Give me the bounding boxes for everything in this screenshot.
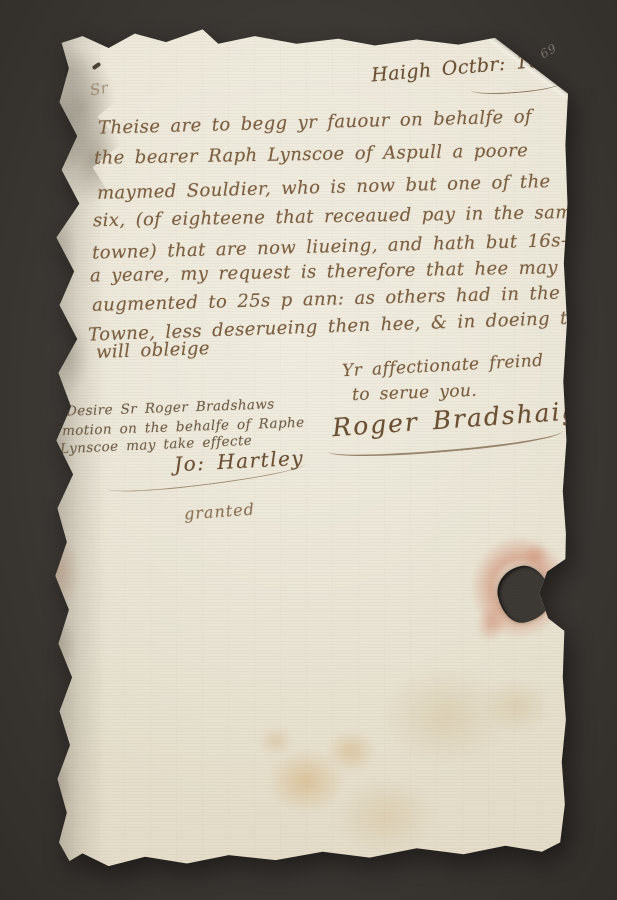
closing-line: Yr affectionate freind bbox=[342, 351, 544, 382]
body-line: Theise are to begg yr fauour on behalfe … bbox=[98, 106, 532, 138]
body-line: six, (of eighteene that receaued pay in … bbox=[93, 202, 584, 232]
manuscript-paper-wrap: Haigh Octbr: 1677 Sr Theise are to begg … bbox=[46, 26, 568, 872]
body-line: will obleige bbox=[96, 338, 211, 363]
decision-note: granted bbox=[183, 500, 255, 524]
manuscript-paper: Haigh Octbr: 1677 Sr Theise are to begg … bbox=[46, 26, 568, 872]
photo-background: 69 Haigh Octbr: 1677 Sr Theise are to be… bbox=[0, 0, 617, 900]
body-line: maymed Souldier, who is now but one of t… bbox=[97, 171, 551, 204]
bottom-stains bbox=[126, 646, 546, 866]
dateline-underline-flourish bbox=[471, 77, 562, 96]
body-line: the bearer Raph Lynscoe of Aspull a poor… bbox=[94, 140, 529, 169]
closing-line: to serue you. bbox=[352, 381, 478, 405]
salutation: Sr bbox=[89, 79, 110, 100]
